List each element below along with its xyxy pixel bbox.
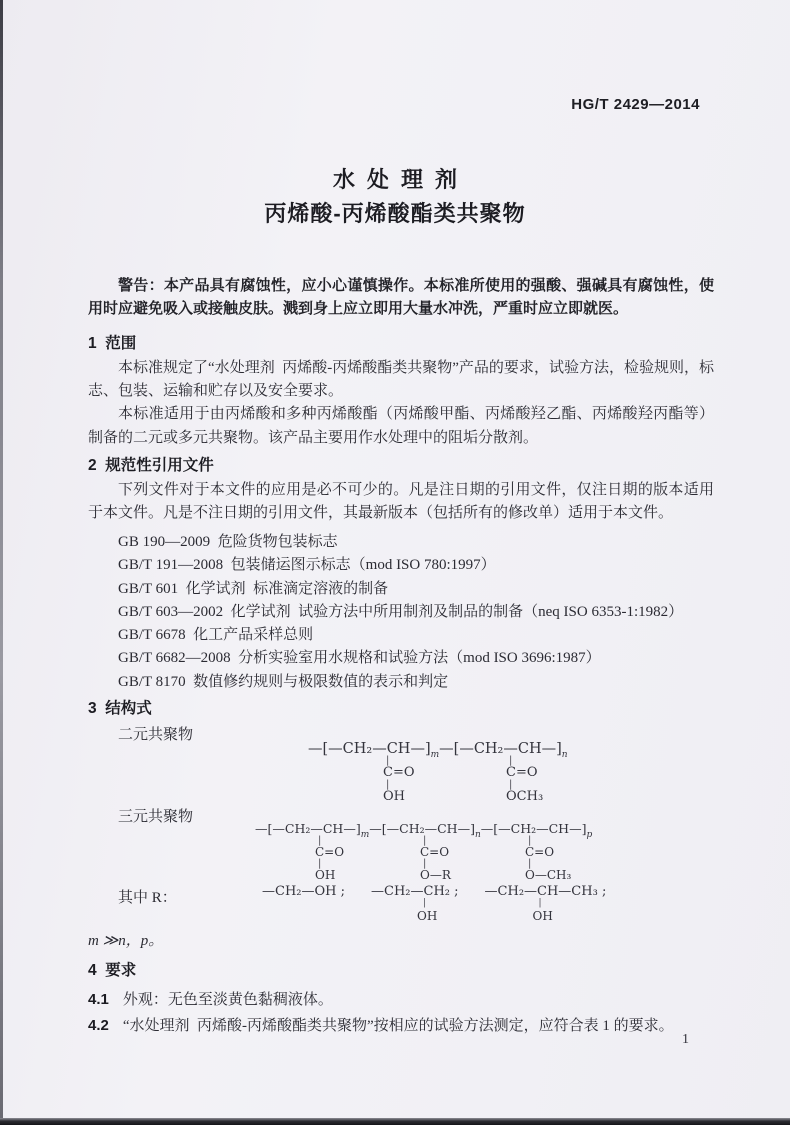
mnp-relation-note: m ≫n，p。 — [88, 929, 163, 950]
chain-unit-2: —[—CH₂—CH—] — [439, 741, 562, 757]
requirement-4-1: 4.1外观：无色至淡黄色黏稠液体。 — [88, 988, 728, 1009]
hydroxyl-group: OH — [417, 909, 437, 924]
scan-edge-bottom — [0, 1118, 790, 1125]
section-1-heading: 1 范围 — [88, 331, 136, 353]
bond-icon: | — [423, 899, 426, 908]
scan-edge-left — [0, 0, 3, 1118]
references-intro: 下列文件对于本文件的应用是必不可少的。凡是注日期的引用文件，仅注日期的版本适用于… — [88, 479, 714, 525]
side-chain-methyl-ester: | C=O | O—CH₃ — [525, 836, 571, 882]
clause-text: 外观：无色至淡黄色黏稠液体。 — [123, 992, 333, 1008]
document-title-line2: 丙烯酸-丙烯酸酯类共聚物 — [105, 197, 685, 228]
section-3-heading: 3 结构式 — [88, 696, 152, 718]
chain-unit-1: —[—CH₂—CH—] — [308, 741, 431, 757]
r-group-formula: —CH₂—OH ; — [262, 884, 345, 899]
chain-unit-3: —[—CH₂—CH—] — [481, 821, 587, 836]
hydroxyl-group: OH — [533, 909, 553, 924]
side-chain-carboxyl: | C=O | OH — [315, 836, 344, 882]
references-list: GB 190—2009 危险货物包装标志 GB/T 191—2008 包装储运图… — [118, 531, 714, 694]
methoxy-group: O—CH₃ — [525, 869, 571, 882]
reference-item: GB/T 601 化学试剂 标准滴定溶液的制备 — [118, 578, 714, 601]
chain-subscript-m: m — [361, 830, 370, 840]
reference-item: GB/T 6678 化工产品采样总则 — [118, 624, 714, 647]
requirement-4-2: 4.2“水处理剂 丙烯酸-丙烯酸酯类共聚物”按相应的试验方法测定，应符合表 1 … — [88, 1014, 728, 1035]
reference-item: GB 190—2009 危险货物包装标志 — [118, 531, 714, 554]
section-2-heading: 2 规范性引用文件 — [88, 453, 214, 475]
chain-subscript-n: n — [562, 750, 568, 760]
r-group-2: —CH₂—CH₂ ; | OH — [371, 884, 459, 899]
r-group-options: —CH₂—OH ; —CH₂—CH₂ ; | OH —CH₂—CH—CH₃ ; … — [262, 884, 606, 899]
bond-icon: | — [539, 899, 542, 908]
scanned-standard-page: HG/T 2429—2014 水处理剂 丙烯酸-丙烯酸酯类共聚物 警告：本产品具… — [0, 0, 790, 1125]
references-intro-block: 下列文件对于本文件的应用是必不可少的。凡是注日期的引用文件，仅注日期的版本适用于… — [88, 479, 714, 525]
clause-number: 4.1 — [88, 991, 109, 1008]
page-number: 1 — [682, 1032, 689, 1048]
clause-number: 4.2 — [88, 1017, 109, 1034]
binary-copolymer-formula: —[—CH₂—CH—]m—[—CH₂—CH—]n | C=O | OH | C=… — [308, 741, 568, 763]
hydroxyl-group: OH — [315, 869, 344, 882]
section-4-heading: 4 要求 — [88, 958, 136, 980]
reference-item: GB/T 191—2008 包装储运图示标志（mod ISO 780:1997） — [118, 554, 714, 577]
scope-paragraph-1: 本标准规定了“水处理剂 丙烯酸-丙烯酸酯类共聚物”产品的要求，试验方法，检验规则… — [88, 357, 714, 403]
carbonyl-group: C=O — [383, 766, 415, 780]
r-group-formula: —CH₂—CH₂ ; — [371, 884, 459, 899]
warning-paragraph: 警告：本产品具有腐蚀性，应小心谨慎操作。本标准所使用的强酸、强碱具有腐蚀性，使用… — [88, 274, 714, 320]
carbonyl-group: C=O — [506, 766, 543, 780]
clause-text: “水处理剂 丙烯酸-丙烯酸酯类共聚物”按相应的试验方法测定，应符合表 1 的要求… — [123, 1018, 674, 1034]
o-r-group: O—R — [420, 869, 451, 882]
r-group-1: —CH₂—OH ; — [262, 884, 345, 899]
chain-unit-1: —[—CH₂—CH—] — [255, 821, 361, 836]
r-group-label: 其中 R： — [118, 886, 177, 907]
side-chain-carboxyl: | C=O | OH — [383, 756, 415, 804]
r-group-3: —CH₂—CH—CH₃ ; | OH — [485, 884, 607, 899]
reference-item: GB/T 8170 数值修约规则与极限数值的表示和判定 — [118, 671, 714, 694]
reference-item: GB/T 6682—2008 分析实验室用水规格和试验方法（mod ISO 36… — [118, 647, 714, 670]
scope-paragraph-2: 本标准适用于由丙烯酸和多种丙烯酸酯（丙烯酸甲酯、丙烯酸羟乙酯、丙烯酸羟丙酯等）制… — [88, 403, 714, 449]
ternary-copolymer-label: 三元共聚物 — [118, 805, 193, 826]
methoxy-group: OCH₃ — [506, 790, 543, 804]
side-chain-methyl-ester: | C=O | OCH₃ — [506, 756, 543, 804]
carbonyl-group: C=O — [525, 846, 571, 859]
r-group-formula: —CH₂—CH—CH₃ ; — [485, 884, 607, 899]
scope-paragraphs: 本标准规定了“水处理剂 丙烯酸-丙烯酸酯类共聚物”产品的要求，试验方法，检验规则… — [88, 357, 714, 450]
chain-subscript-p: p — [586, 830, 592, 840]
side-chain-ester-r: | C=O | O—R — [420, 836, 451, 882]
standard-number: HG/T 2429—2014 — [571, 96, 700, 113]
chain-unit-2: —[—CH₂—CH—] — [369, 821, 475, 836]
ternary-copolymer-formula: —[—CH₂—CH—]m—[—CH₂—CH—]n—[—CH₂—CH—]p | C… — [255, 821, 592, 843]
reference-item: GB/T 603—2002 化学试剂 试验方法中所用制剂及制品的制备（neq I… — [118, 601, 714, 624]
document-title-line1: 水处理剂 — [105, 163, 685, 194]
chain-subscript-m: m — [431, 750, 440, 760]
hydroxyl-group: OH — [383, 790, 415, 804]
binary-copolymer-label: 二元共聚物 — [118, 723, 193, 744]
